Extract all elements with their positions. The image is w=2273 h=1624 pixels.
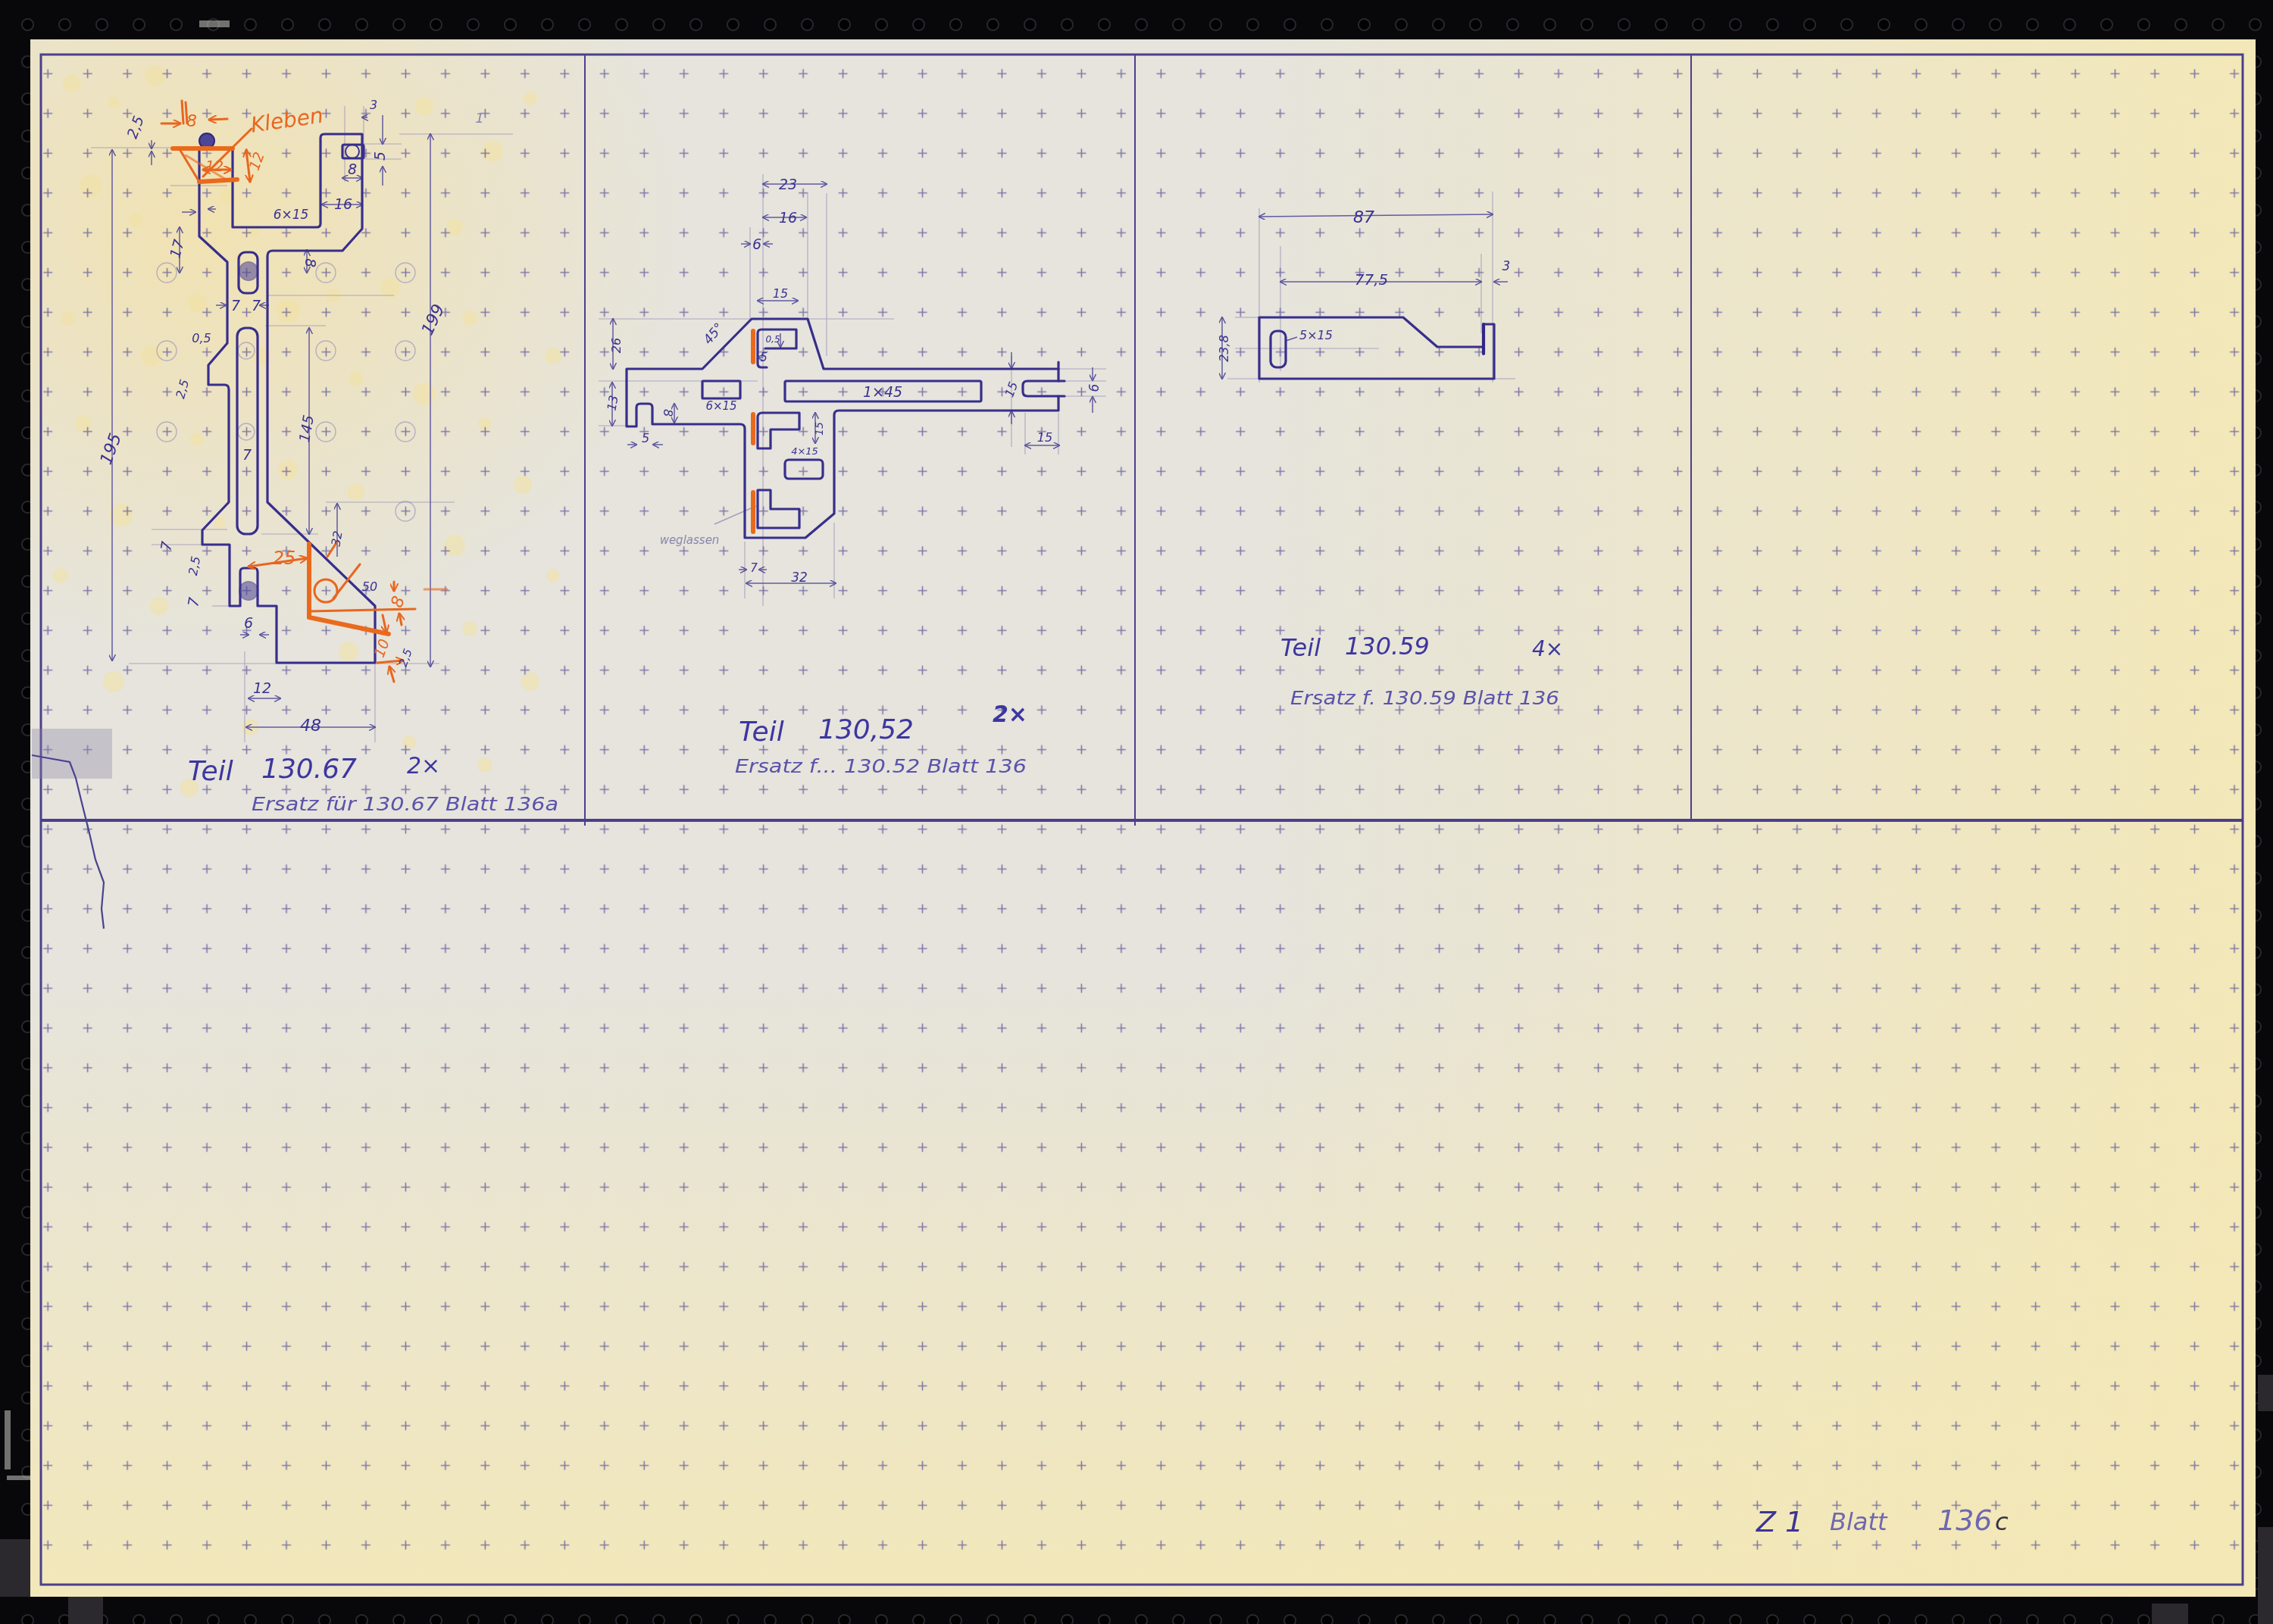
dim-label: 4×15 — [791, 446, 818, 458]
dim-label: 7 — [750, 561, 758, 575]
sheet-word: Blatt — [1830, 1507, 1888, 1536]
dim-label: 1×45 — [863, 384, 902, 401]
part-quantity: 2× — [993, 701, 1027, 728]
annotation-weglassen: weglassen — [660, 533, 720, 547]
dim-label: 7 — [231, 298, 240, 314]
dim-label: 7 — [242, 447, 252, 464]
dim-label: 50 — [362, 579, 377, 594]
sheet-number: 136 — [1937, 1504, 1993, 1537]
dim-label: 7 — [252, 298, 261, 314]
dim-label: 16 — [779, 210, 797, 226]
dim-label: 77,5 — [1355, 270, 1389, 289]
dim-label: 12 — [253, 680, 271, 697]
sheet-prefix: Z 1 — [1756, 1505, 1803, 1538]
dim-label: 32 — [791, 570, 808, 586]
dim-label: 6 — [752, 236, 761, 253]
part-title-word: Teil — [188, 756, 233, 787]
replacement-note: Ersatz f. 130.59 Blatt 136 — [1290, 687, 1559, 709]
dim-label: 48 — [300, 717, 321, 735]
part-quantity: 2× — [407, 753, 440, 779]
part-number: 130,52 — [818, 714, 914, 745]
dim-label: 3 — [1502, 259, 1511, 274]
dim-label: 6 — [244, 615, 253, 632]
dim-label: 15 — [773, 286, 788, 301]
replacement-note: Ersatz für 130.67 Blatt 136a — [252, 793, 558, 815]
dim-label: 15 — [814, 422, 826, 436]
dim-label: 5×15 — [1299, 328, 1333, 342]
dim-label: 23 — [779, 176, 797, 193]
dim-label: 8 — [348, 161, 357, 178]
dim-label: 0,5 — [192, 331, 211, 345]
part-number: 130.67 — [261, 754, 357, 785]
part-number: 130.59 — [1345, 632, 1430, 661]
dim-label: 15 — [1037, 430, 1052, 445]
dim-label: 26 — [609, 338, 624, 353]
dim-label: 8 — [302, 258, 318, 267]
part-title-word: Teil — [1280, 633, 1321, 662]
dim-label: 5 — [642, 431, 649, 445]
tape-patch — [32, 729, 112, 779]
sheet-label: Z 1 Blatt 136 c — [1756, 1504, 2009, 1538]
dim-label: 25 — [273, 548, 296, 569]
dim-label: 32 — [328, 529, 345, 547]
dim-label: 6 — [1087, 383, 1102, 392]
dim-label: 8 — [661, 409, 675, 417]
dim-label: 8 — [186, 112, 197, 131]
dim-label: 6×15 — [705, 399, 736, 413]
part-title-word: Teil — [739, 717, 784, 748]
dim-label: 23,8 — [1217, 335, 1231, 362]
replacement-note: Ersatz f... 130.52 Blatt 136 — [735, 755, 1027, 777]
dim-label: 5 — [760, 351, 768, 364]
sheet-suffix: c — [1995, 1507, 2009, 1536]
part-quantity: 4× — [1532, 636, 1563, 661]
dim-label: 3 — [370, 98, 377, 112]
dim-label: 0,5 — [765, 334, 780, 345]
dim-label: 6×15 — [274, 208, 309, 223]
dim-label: 16 — [334, 196, 352, 213]
dim-label: 87 — [1353, 208, 1374, 227]
dim-label: 1 — [475, 111, 483, 126]
dim-label: 13 — [604, 394, 621, 411]
technical-drawing: Kleben 8 2,5 12 12 3 5 8 16 6×15 8 17 7 … — [0, 0, 2273, 1624]
dim-label: 5 — [372, 151, 389, 161]
dim-label: 12 — [205, 158, 224, 175]
